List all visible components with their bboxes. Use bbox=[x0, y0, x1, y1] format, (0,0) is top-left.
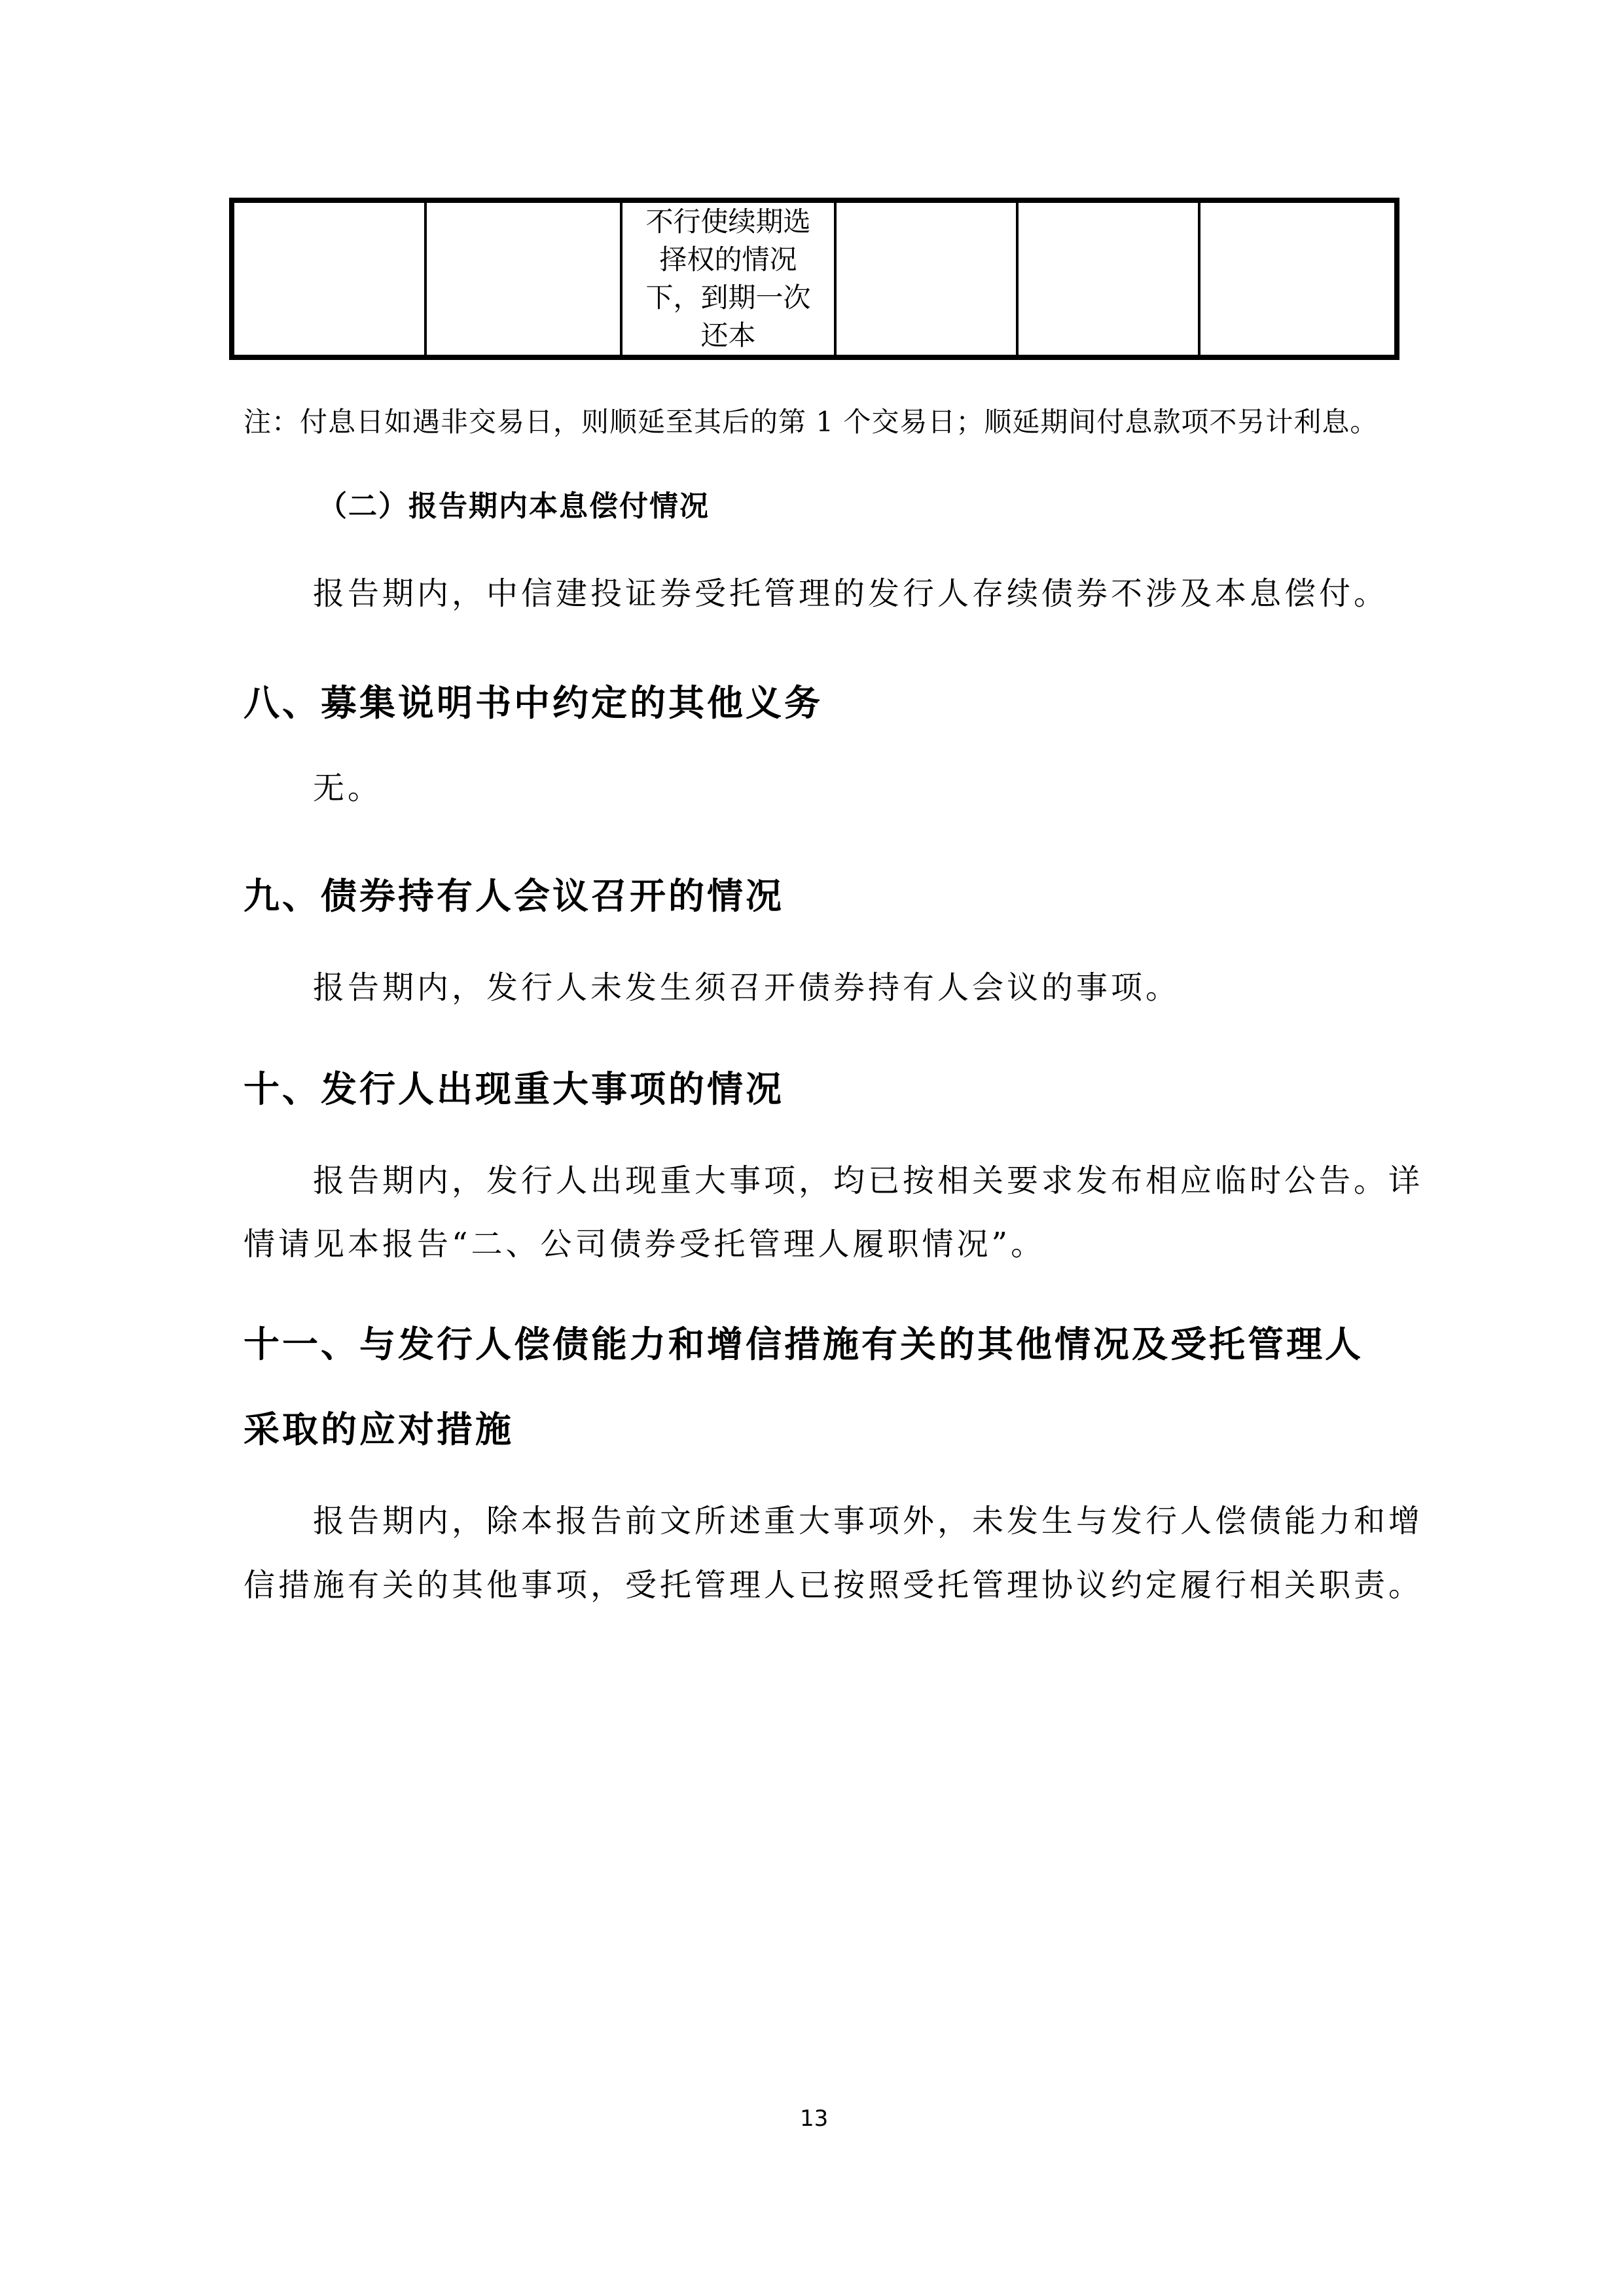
section-body-10-line2: 情请见本报告“二、公司债券受托管理人履职情况”。 bbox=[244, 1219, 1045, 1264]
section-heading-9: 九、债券持有人会议召开的情况 bbox=[244, 867, 784, 919]
repayment-table-continuation: 不行使续期选择权的情况下，到期一次还本 bbox=[229, 198, 1399, 360]
table-cell bbox=[1017, 200, 1199, 357]
section-heading-8: 八、募集说明书中约定的其他义务 bbox=[244, 674, 823, 726]
subsection-heading-7-2: （二）报告期内本息偿付情况 bbox=[318, 482, 710, 524]
table-cell bbox=[835, 200, 1017, 357]
table-cell bbox=[1199, 200, 1397, 357]
page-number: 13 bbox=[800, 2106, 828, 2132]
table-cell-repayment-method: 不行使续期选择权的情况下，到期一次还本 bbox=[621, 200, 835, 357]
repayment-method-text: 不行使续期选择权的情况下，到期一次还本 bbox=[640, 203, 817, 355]
section-body-11-line1: 报告期内，除本报告前文所述重大事项外，未发生与发行人偿债能力和增 bbox=[313, 1496, 1423, 1541]
section-body-11-line2: 信措施有关的其他事项，受托管理人已按照受托管理协议约定履行相关职责。 bbox=[244, 1560, 1423, 1605]
section-body-8: 无。 bbox=[313, 762, 382, 808]
section-body-9: 报告期内，发行人未发生须召开债券持有人会议的事项。 bbox=[313, 962, 1180, 1007]
section-heading-11-line2: 采取的应对措施 bbox=[244, 1401, 514, 1452]
section-heading-11-line1: 十一、与发行人偿债能力和增信措施有关的其他情况及受托管理人 bbox=[244, 1316, 1363, 1367]
section-body-10-line1: 报告期内，发行人出现重大事项，均已按相关要求发布相应临时公告。详 bbox=[313, 1155, 1423, 1200]
document-page: 不行使续期选择权的情况下，到期一次还本 注：付息日如遇非交易日，则顺延至其后的第… bbox=[0, 0, 1624, 2296]
table-cell bbox=[425, 200, 621, 357]
table-row: 不行使续期选择权的情况下，到期一次还本 bbox=[232, 200, 1397, 357]
table-cell bbox=[232, 200, 425, 357]
subsection-body-7-2: 报告期内，中信建投证券受托管理的发行人存续债券不涉及本息偿付。 bbox=[313, 568, 1388, 613]
section-heading-10: 十、发行人出现重大事项的情况 bbox=[244, 1060, 784, 1112]
table-note: 注：付息日如遇非交易日，则顺延至其后的第 1 个交易日；顺延期间付息款项不另计利… bbox=[244, 401, 1378, 440]
